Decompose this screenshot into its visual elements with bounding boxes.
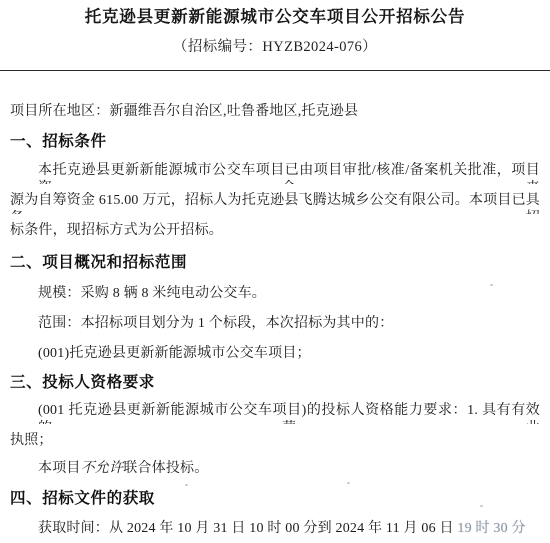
no-jv-emphasis: 不允许: [81, 461, 124, 476]
qualification-line-1: (001 托克逊县更新新能源城市公交车项目)的投标人资格能力要求：1. 具有有效…: [38, 402, 540, 424]
lot-line: (001)托克逊县更新新能源城市公交车项目；: [38, 345, 311, 363]
bid-conditions-line-3: 标条件，现招标方式为公开招标。: [10, 222, 223, 240]
document-title: 托克逊县更新新能源城市公交车项目公开招标公告: [0, 7, 550, 28]
section-heading-project-scope: 二、项目概况和招标范围: [10, 253, 187, 272]
scan-speck: [347, 482, 350, 484]
scan-speck: [185, 484, 188, 486]
section-heading-bid-conditions: 一、招标条件: [10, 132, 107, 151]
project-location-line: 项目所在地区：新疆维吾尔自治区,吐鲁番地区,托克逊县: [10, 103, 358, 121]
section-heading-document-acquisition: 四、招标文件的获取: [10, 489, 155, 508]
section-heading-bidder-qualification: 三、投标人资格要求: [10, 373, 155, 392]
acquisition-time-faded: 19 时 30 分: [457, 521, 525, 536]
tender-number: （招标编号：HYZB2024-076）: [0, 38, 550, 56]
acquisition-time-prefix: 获取时间：从 2024 年 10 月 31 日 10 时 00 分到 2024 …: [38, 521, 457, 536]
header-divider: [0, 70, 550, 71]
bid-conditions-line-1: 本托克逊县更新新能源城市公交车项目已由项目审批/核准/备案机关批准，项目资金来: [38, 162, 540, 184]
scan-speck: [480, 505, 483, 507]
no-jv-suffix: 联合体投标。: [123, 461, 208, 476]
qualification-line-2: 执照；: [10, 432, 53, 450]
no-jv-prefix: 本项目: [38, 461, 81, 476]
acquisition-time-line: 获取时间：从 2024 年 10 月 31 日 10 时 00 分到 2024 …: [38, 520, 526, 538]
scale-line: 规模：采购 8 辆 8 米纯电动公交车。: [38, 285, 266, 303]
scope-line: 范围：本招标项目划分为 1 个标段，本次招标为其中的：: [38, 315, 393, 333]
tender-announcement-document: 托克逊县更新新能源城市公交车项目公开招标公告 （招标编号：HYZB2024-07…: [0, 0, 550, 543]
no-joint-venture-line: 本项目不允许联合体投标。: [38, 460, 208, 478]
scan-speck: [490, 284, 493, 286]
bid-conditions-line-2: 源为自筹资金 615.00 万元，招标人为托克逊县飞腾达城乡公交有限公司。本项目…: [10, 192, 540, 214]
